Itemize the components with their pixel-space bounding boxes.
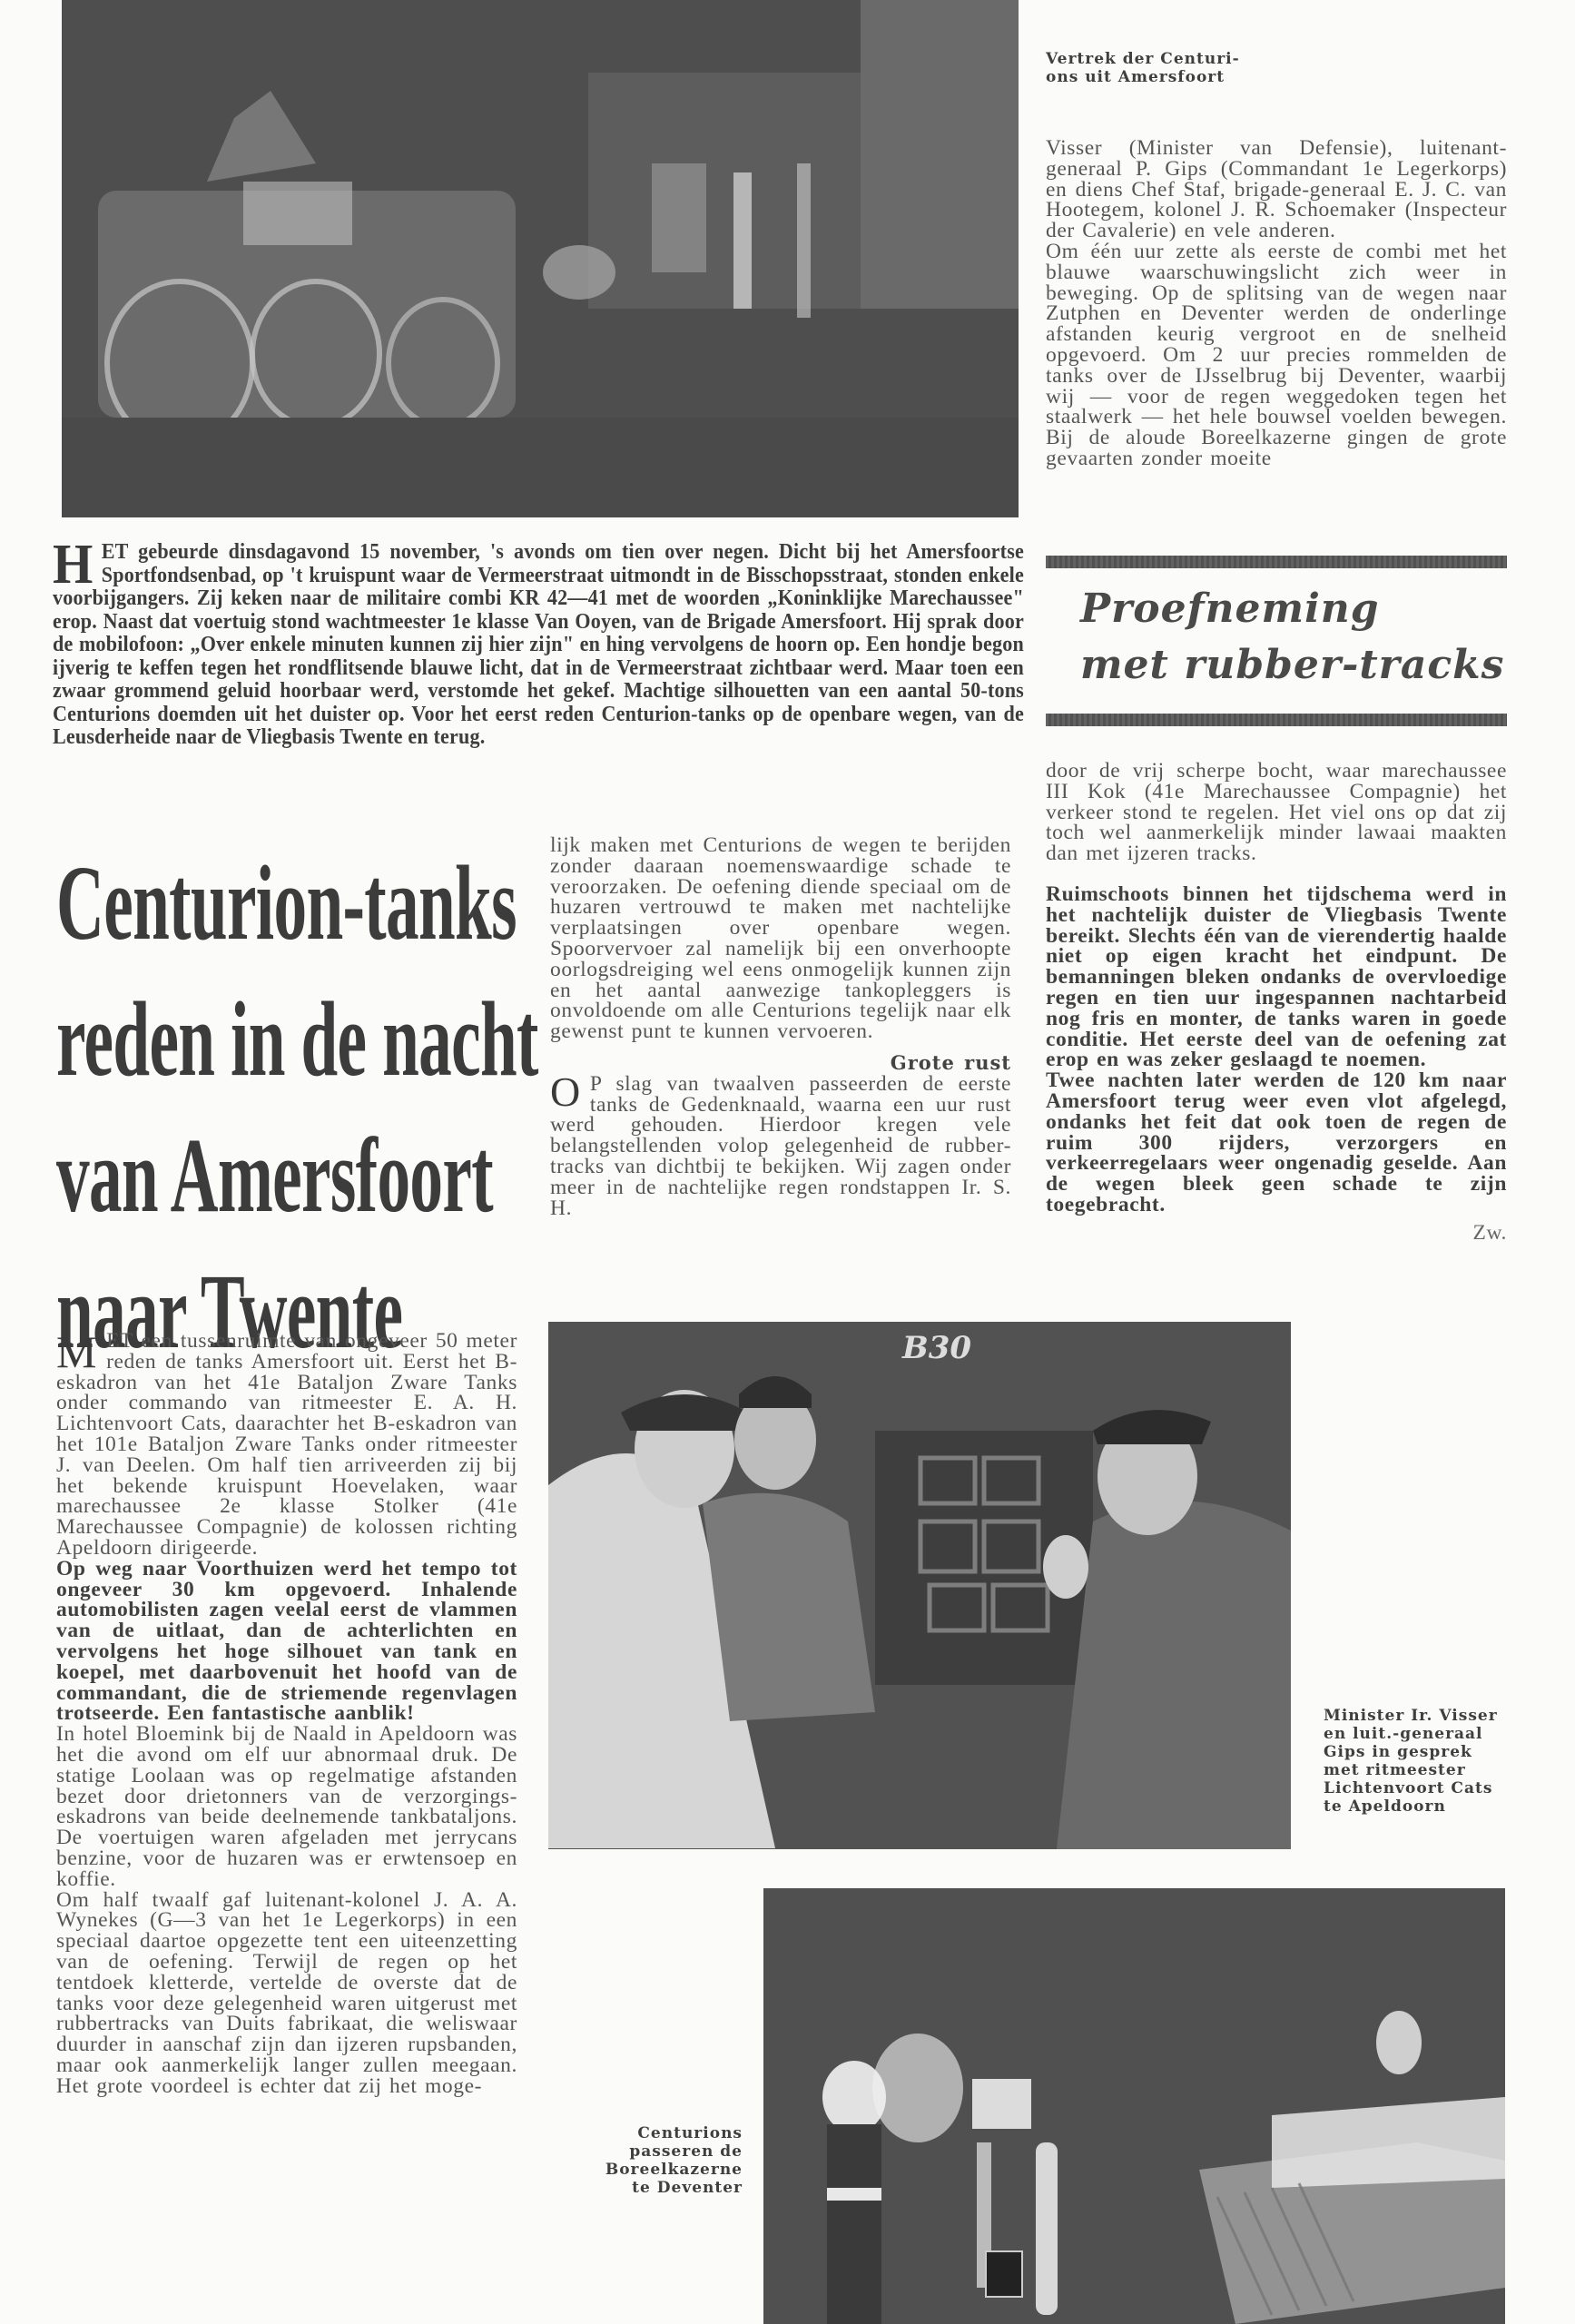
paragraph: Om half twaalf gaf luitenant-kolonel J. …: [56, 1890, 517, 2097]
caption-line: Centurions: [581, 2124, 743, 2142]
headline-line: Centurion-tanks: [56, 835, 538, 971]
paragraph: Om één uur zette als eerste de combi met…: [1046, 241, 1507, 469]
officers-illustration: B30: [548, 1322, 1291, 1849]
caption-line: en luit.-generaal: [1324, 1725, 1505, 1743]
caption-line: met ritmeester: [1324, 1761, 1505, 1779]
caption-line: Vertrek der Centuri-: [1046, 50, 1282, 68]
caption-bottom-photo: Centurions passeren de Boreelkazerne te …: [581, 2124, 743, 2197]
caption-top-photo: Vertrek der Centuri- ons uit Amersfoort: [1046, 50, 1282, 86]
tank-marking: B30: [901, 1330, 971, 1366]
section-heading: Grote rust: [550, 1053, 1011, 1074]
paragraph-bold: Op weg naar Voorthuizen werd het tempo t…: [56, 1559, 517, 1724]
column-right-middle: door de vrij scherpe bocht, waar marecha…: [1046, 761, 1507, 1244]
paragraph: door de vrij scherpe bocht, waar marecha…: [1046, 761, 1507, 864]
caption-line: te Deventer: [581, 2179, 743, 2197]
article-headline: Centurion-tanks reden in de nacht van Am…: [56, 835, 538, 1380]
paragraph: Visser (Minister van Defensie), luitenan…: [1046, 138, 1507, 241]
dropcap: M: [56, 1333, 97, 1371]
column-right-top: Visser (Minister van Defensie), luitenan…: [1046, 138, 1507, 469]
caption-line: te Apeldoorn: [1324, 1797, 1505, 1816]
paragraph: In hotel Bloemink bij de Naald in Apeldo…: [56, 1724, 517, 1889]
paragraph-text: ET een tussenruimte van ongeveer 50 mete…: [56, 1329, 517, 1560]
headline-line: reden in de nacht: [56, 971, 538, 1108]
headline-line: van Amersfoort: [56, 1108, 538, 1244]
caption-line: Minister Ir. Visser: [1324, 1707, 1505, 1725]
intro-text: ET gebeurde dinsdagavond 15 november, 's…: [53, 540, 1024, 749]
paragraph-bold: Ruimschoots binnen het tijdschema werd i…: [1046, 884, 1507, 1070]
caption-middle-photo: Minister Ir. Visser en luit.-generaal Gi…: [1324, 1707, 1505, 1816]
caption-line: Lichtenvoort Cats: [1324, 1779, 1505, 1797]
sidebar-title-line: met rubber-tracks: [1080, 637, 1516, 694]
column-left-lower: M ET een tussenruimte van ongeveer 50 me…: [56, 1331, 517, 2096]
photo-officers-conversation: B30: [548, 1322, 1291, 1849]
dropcap: O: [550, 1074, 581, 1110]
dropcap: H: [53, 543, 94, 586]
rule-bottom: [1046, 714, 1507, 726]
column-center: lijk maken met Centurions de wegen te be…: [550, 835, 1011, 1218]
photo-boreelkazerne: [763, 1888, 1505, 2324]
author-signoff: Zw.: [1046, 1223, 1507, 1244]
rule-top: [1046, 556, 1507, 568]
paragraph: lijk maken met Centurions de wegen te be…: [550, 835, 1011, 1042]
tank-street-illustration: [62, 0, 1019, 517]
intro-paragraph: H ET gebeurde dinsdagavond 15 november, …: [53, 541, 1024, 750]
paragraph-bold: Twee nachten later werden de 120 km naar…: [1046, 1070, 1507, 1216]
caption-line: passeren de: [581, 2142, 743, 2161]
caption-line: Gips in gesprek: [1324, 1743, 1505, 1761]
caption-line: ons uit Amersfoort: [1046, 68, 1282, 86]
photo-tank-amersfoort: [62, 0, 1019, 517]
caption-line: Boreelkazerne: [581, 2161, 743, 2179]
sidebar-title: Proefneming met rubber-tracks: [1080, 581, 1516, 694]
sidebar-title-line: Proefneming: [1080, 581, 1516, 637]
boreelkazerne-illustration: [763, 1888, 1505, 2324]
paragraph-text: P slag van twaalven passeerden de eerste…: [550, 1072, 1011, 1220]
